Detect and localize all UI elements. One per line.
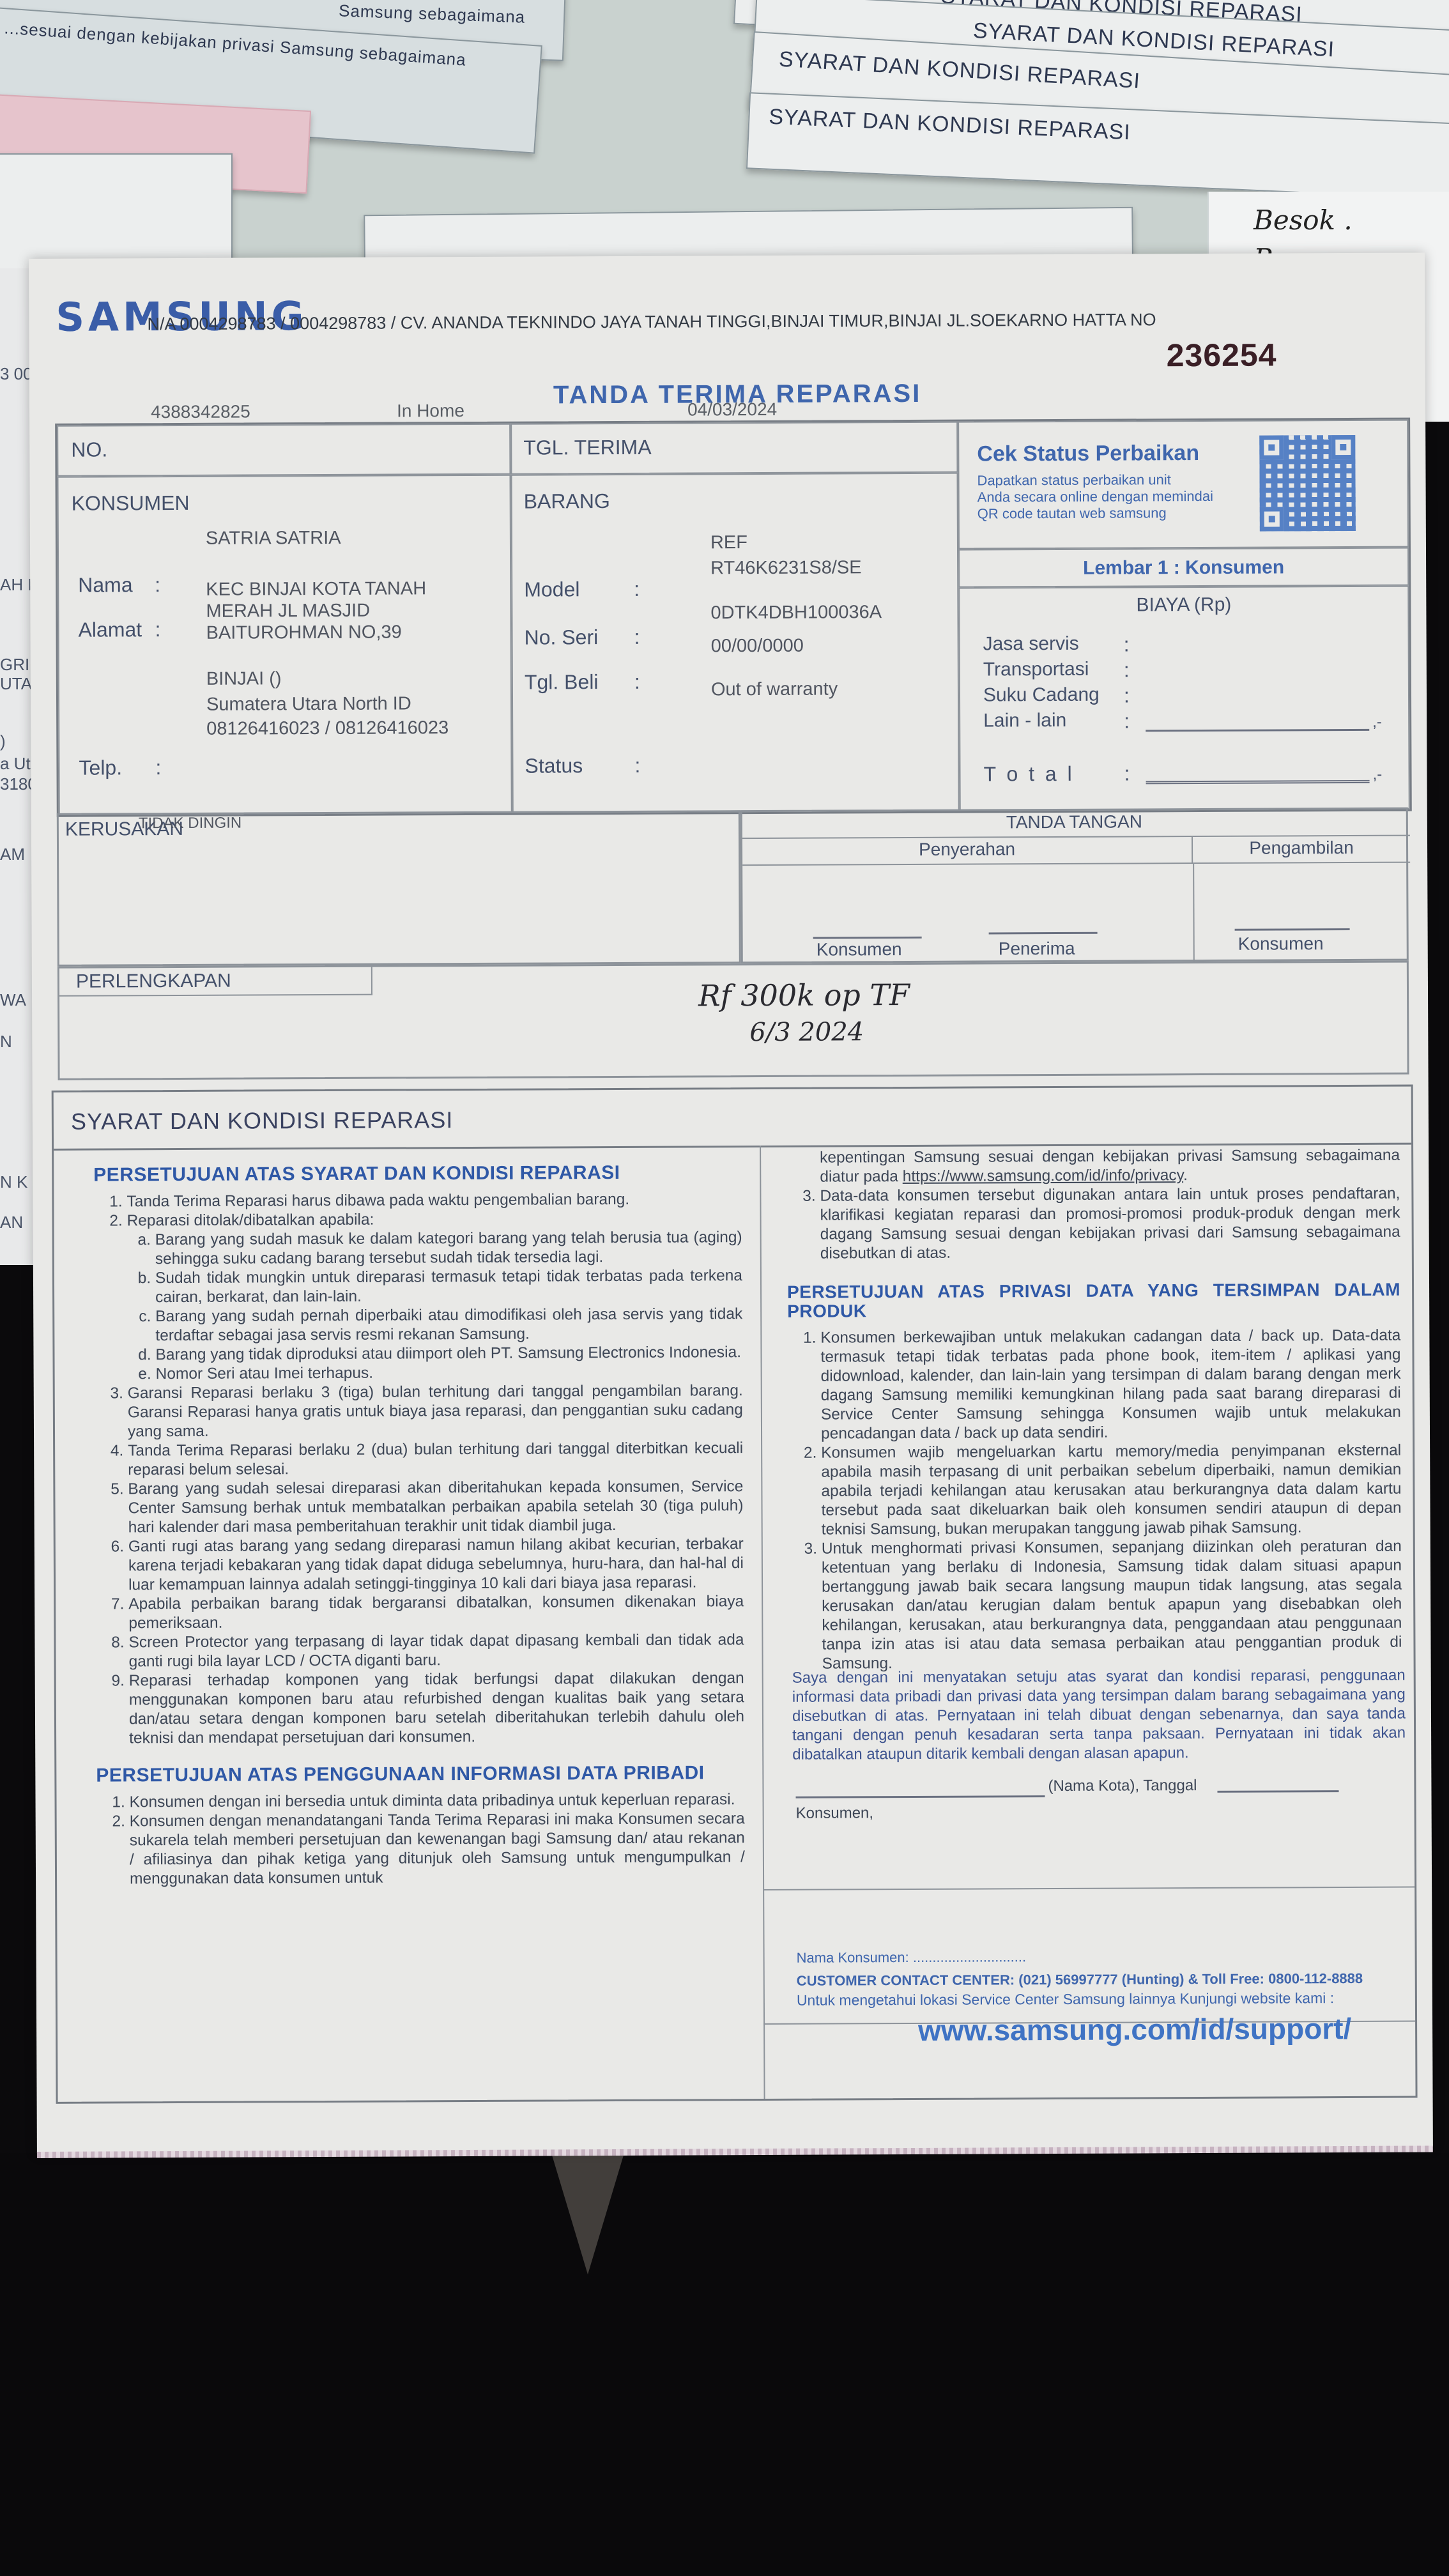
cek-status-desc: QR code tautan web samsung xyxy=(977,505,1167,522)
cek-status-title: Cek Status Perbaikan xyxy=(977,441,1199,467)
privasi-produk-list: Konsumen berkewajiban untuk melakukan ca… xyxy=(787,1326,1402,1674)
address-line: MERAH JL MASJID xyxy=(206,601,370,622)
signature-penerima-line[interactable] xyxy=(989,932,1098,935)
list-item: Barang yang sudah pernah diperbaiki atau… xyxy=(155,1305,742,1345)
qr-code-icon[interactable] xyxy=(1259,435,1356,532)
list-item: Barang yang tidak diproduksi atau diimpo… xyxy=(155,1343,742,1365)
list-item: Barang yang sudah masuk ke dalam kategor… xyxy=(155,1228,742,1269)
handwritten-payment-note: Rf 300k op TF xyxy=(698,977,910,1013)
product-model: RT46K6231S8/SE xyxy=(710,557,862,579)
colon: : xyxy=(1124,684,1130,707)
paper-fold-shadow xyxy=(549,2147,626,2274)
repair-receipt: SAMSUNG N/A 0004298783 / 0004298783 / CV… xyxy=(29,252,1433,2153)
barang-section: BARANG REF RT46K6231S8/SE Model : 0DTK4D… xyxy=(510,473,959,813)
list-item-text: Reparasi ditolak/dibatalkan apabila: xyxy=(127,1211,374,1230)
note-line: Besok . xyxy=(1253,204,1353,236)
address-line: BAITUROHMAN NO,39 xyxy=(206,622,401,643)
list-item: Reparasi ditolak/dibatalkan apabila:Bara… xyxy=(127,1209,743,1384)
list-item: Data-data konsumen tersebut digunakan an… xyxy=(820,1184,1400,1264)
sub-list: Barang yang sudah masuk ke dalam kategor… xyxy=(127,1228,743,1384)
purchase-date: 00/00/0000 xyxy=(711,636,804,657)
no-cell: NO. xyxy=(57,424,510,477)
konsumen-section: KONSUMEN SATRIA SATRIA Nama : KEC BINJAI… xyxy=(57,475,512,815)
total-label: T o t a l xyxy=(983,762,1074,786)
fragment: AN xyxy=(0,1213,23,1232)
terms-title: SYARAT DAN KONDISI REPARASI xyxy=(71,1107,454,1135)
cost-label: Jasa servis xyxy=(983,633,1079,655)
data-pribadi-list-continued: Data-data konsumen tersebut digunakan an… xyxy=(786,1184,1400,1264)
cost-rows: Jasa servis:Transportasi:Suku Cadang:Lai… xyxy=(960,587,1407,589)
list-item: Sudah tidak mungkin untuk direparasi ter… xyxy=(155,1266,742,1307)
kerusakan-section: KERUSAKAN TIDAK DINGIN xyxy=(57,810,741,967)
receipt-form: NO. TGL. TERIMA KONSUMEN SATRIA SATRIA N… xyxy=(55,418,1412,817)
cost-field[interactable] xyxy=(1146,729,1369,732)
colon: : xyxy=(634,670,640,694)
model-label: Model xyxy=(524,578,579,601)
slip-text: SYARAT DAN KONDISI REPARASI xyxy=(769,105,1131,146)
signature-pengambilan-label: Konsumen xyxy=(1238,933,1324,954)
support-website-link[interactable]: www.samsung.com/id/support/ xyxy=(918,2011,1351,2048)
section-heading-syarat: PERSETUJUAN ATAS SYARAT DAN KONDISI REPA… xyxy=(93,1163,742,1184)
ticket-number: 4388342825 xyxy=(151,401,250,422)
perlengkapan-label-box: PERLENGKAPAN xyxy=(59,967,372,997)
address-line: KEC BINJAI KOTA TANAH xyxy=(206,578,426,601)
consent-statement: Saya dengan ini menyatakan setuju atas s… xyxy=(792,1666,1406,1765)
signature-konsumen-label: Konsumen xyxy=(816,939,902,960)
konsumen-sign-label: Konsumen, xyxy=(796,1804,874,1823)
dark-table-surface xyxy=(0,2153,1449,2576)
konsumen-heading: KONSUMEN xyxy=(72,491,190,516)
no-label: NO. xyxy=(71,438,107,461)
colon: : xyxy=(1124,632,1130,656)
fragment: N K xyxy=(0,1172,27,1192)
barang-heading: BARANG xyxy=(524,489,610,514)
fragment: UTA xyxy=(0,674,32,694)
cost-label: Transportasi xyxy=(983,659,1089,681)
colon: : xyxy=(634,754,640,778)
customer-province: Sumatera Utara North ID xyxy=(206,693,411,715)
list-item: Apabila perbaikan barang tidak bergarans… xyxy=(128,1592,744,1633)
fragment: N xyxy=(0,1032,12,1052)
status-label: Status xyxy=(525,754,583,778)
handwritten-date-note: 6/3 2024 xyxy=(749,1017,864,1047)
currency-suffix: ,- xyxy=(1372,766,1382,784)
tgl-terima-cell: TGL. TERIMA xyxy=(510,422,958,475)
damage-description: TIDAK DINGIN xyxy=(139,815,241,833)
currency-suffix: ,- xyxy=(1372,714,1382,732)
list-item: Konsumen dengan ini bersedia untuk dimin… xyxy=(129,1790,744,1812)
list-item: Barang yang sudah selesai direparasi aka… xyxy=(128,1477,743,1537)
terms-list: Tanda Terima Reparasi harus dibawa pada … xyxy=(93,1190,744,1748)
list-item: Konsumen wajib mengeluarkan kartu memory… xyxy=(821,1441,1402,1540)
nama-konsumen-field[interactable]: Nama Konsumen: .........................… xyxy=(797,1947,1027,1968)
tgl-beli-label: Tgl. Beli xyxy=(525,670,599,694)
list-item: Ganti rugi atas barang yang sedang direp… xyxy=(128,1535,744,1595)
signature-penerima-label: Penerima xyxy=(999,939,1075,960)
tgl-terima-label: TGL. TERIMA xyxy=(523,436,651,460)
serial-number: 0DTK4DBH100036A xyxy=(710,602,882,624)
sheet-copy-label: Lembar 1 : Konsumen xyxy=(960,556,1407,580)
fragment: AM xyxy=(0,845,25,864)
alamat-label: Alamat xyxy=(78,618,142,641)
slip-text: SYARAT DAN KONDISI REPARASI xyxy=(778,47,1141,94)
service-type: In Home xyxy=(397,401,464,421)
signature-konsumen-line[interactable] xyxy=(813,937,922,939)
colon: : xyxy=(155,573,160,597)
perlengkapan-section: PERLENGKAPAN Rf 300k op TF 6/3 2024 xyxy=(57,961,1409,1080)
list-item: Garansi Reparasi berlaku 3 (tiga) bulan … xyxy=(128,1381,743,1441)
telp-label: Telp. xyxy=(79,756,122,779)
colon: : xyxy=(1124,709,1130,733)
data-pribadi-continued: kepentingan Samsung sesuai dengan kebija… xyxy=(786,1146,1400,1187)
customer-name: SATRIA SATRIA xyxy=(206,528,341,549)
received-date: 04/03/2024 xyxy=(687,399,777,420)
lembar-label-cell: Lembar 1 : Konsumen xyxy=(958,548,1409,588)
terms-right-column: kepentingan Samsung sesuai dengan kebija… xyxy=(786,1146,1402,1674)
colon: : xyxy=(1124,658,1130,682)
penyerahan-label: Penyerahan xyxy=(742,838,1192,861)
stamped-number: 236254 xyxy=(1167,336,1277,374)
city-date-label: (Nama Kota), Tanggal xyxy=(1048,1776,1197,1796)
list-item: Screen Protector yang terpasang di layar… xyxy=(128,1630,744,1671)
pengambilan-header: Pengambilan xyxy=(1193,835,1410,864)
cost-label: Lain - lain xyxy=(983,710,1066,732)
fragment: 3 00 xyxy=(0,364,33,384)
section-heading-privasi-produk: PERSETUJUAN ATAS PRIVASI DATA YANG TERSI… xyxy=(787,1280,1400,1321)
list-item: Tanda Terima Reparasi harus dibawa pada … xyxy=(126,1190,742,1211)
slip-text: Samsung sebagaimana xyxy=(339,1,526,27)
colon: : xyxy=(634,578,640,601)
fragment: ) xyxy=(0,732,6,751)
contact-center-info: CUSTOMER CONTACT CENTER: (021) 56997777 … xyxy=(797,1970,1363,1989)
cost-label: Suku Cadang xyxy=(983,684,1100,707)
colon: : xyxy=(155,756,161,779)
no-seri-label: No. Seri xyxy=(525,625,599,650)
fragment: WA xyxy=(0,990,26,1010)
warranty-status: Out of warranty xyxy=(711,678,838,700)
terms-left-column: PERSETUJUAN ATAS SYARAT DAN KONDISI REPA… xyxy=(93,1163,745,1889)
cek-status-desc: Anda secara online dengan memindai xyxy=(977,488,1213,506)
colon: : xyxy=(634,625,640,649)
pengambilan-label: Pengambilan xyxy=(1193,838,1410,859)
nama-label: Nama xyxy=(78,573,133,597)
service-center-locator-text: Untuk mengetahui lokasi Service Center S… xyxy=(797,1989,1334,2009)
list-item: Konsumen dengan menandatangani Tanda Ter… xyxy=(130,1809,746,1889)
biaya-title: BIAYA (Rp) xyxy=(960,594,1407,617)
section-heading-data-pribadi: PERSETUJUAN ATAS PENGGUNAAN INFORMASI DA… xyxy=(96,1763,744,1785)
privacy-policy-link[interactable]: https://www.samsung.com/id/info/privacy xyxy=(903,1167,1183,1185)
total-field[interactable] xyxy=(1146,780,1370,785)
cek-status-desc: Dapatkan status perbaikan unit xyxy=(977,471,1170,489)
fragment: GRI xyxy=(0,655,29,675)
list-item: Untuk menghormati privasi Konsumen, sepa… xyxy=(822,1537,1402,1674)
list-item: Konsumen berkewajiban untuk melakukan ca… xyxy=(820,1326,1401,1444)
customer-phone: 08126416023 / 08126416023 xyxy=(206,717,448,740)
data-pribadi-list: Konsumen dengan ini bersedia untuk dimin… xyxy=(96,1790,745,1889)
list-item: Nomor Seri atau Imei terhapus. xyxy=(156,1362,743,1384)
perlengkapan-label: PERLENGKAPAN xyxy=(76,970,231,993)
tanda-tangan-title: TANDA TANGAN xyxy=(742,811,1406,834)
list-item: Tanda Terima Reparasi berlaku 2 (dua) bu… xyxy=(128,1439,743,1480)
colon: : xyxy=(1124,762,1130,785)
cek-status-panel: Cek Status Perbaikan Dapatkan status per… xyxy=(958,420,1409,549)
colon: : xyxy=(155,618,160,641)
tanda-tangan-section: TANDA TANGAN Penyerahan Pengambilan Kons… xyxy=(740,808,1409,964)
service-center-header: N/A 0004298783 / 0004298783 / CV. ANANDA… xyxy=(147,310,1156,334)
customer-city: BINJAI () xyxy=(206,668,282,690)
penyerahan-header: Penyerahan xyxy=(742,836,1193,866)
list-item: Reparasi terhadap komponen yang tidak be… xyxy=(129,1669,745,1748)
product-category: REF xyxy=(710,532,747,553)
biaya-panel: BIAYA (Rp) Jasa servis:Transportasi:Suku… xyxy=(958,586,1410,811)
fragment: a Ut xyxy=(0,754,31,774)
